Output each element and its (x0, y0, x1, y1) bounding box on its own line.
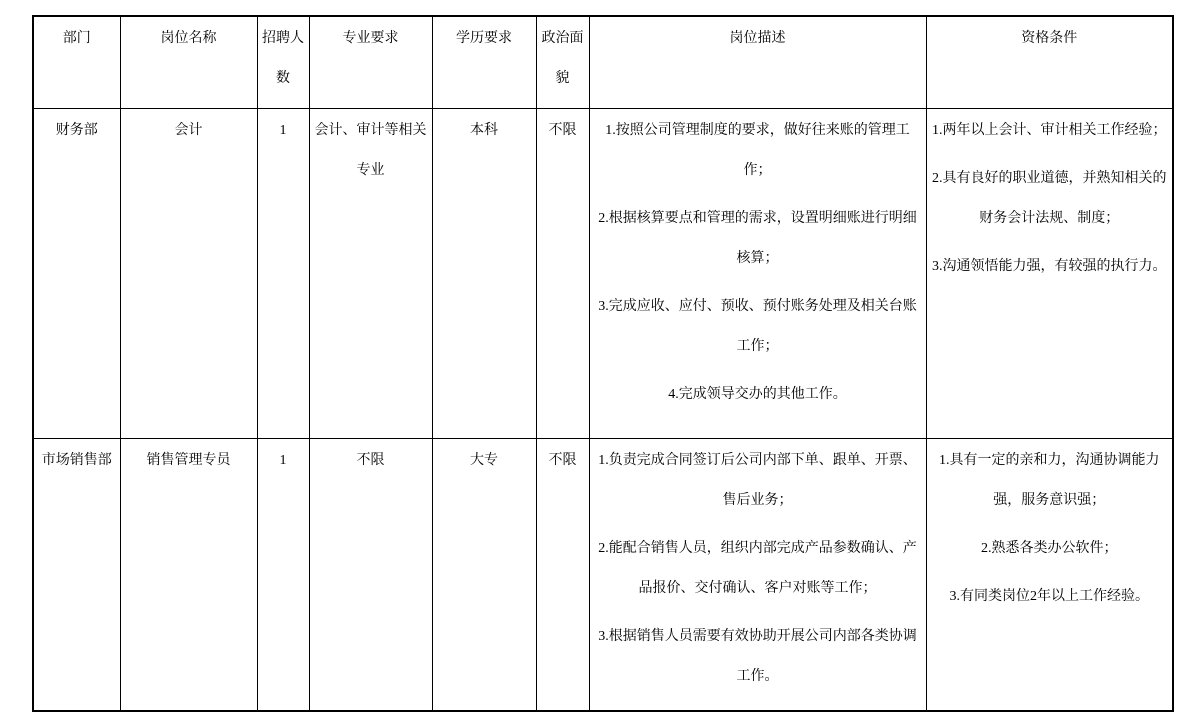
cell-job-description: 1.负责完成合同签订后公司内部下单、跟单、开票、售后业务； 2.能配合销售人员，… (589, 438, 926, 711)
cell-major: 会计、审计等相关专业 (309, 108, 432, 438)
cell-major: 不限 (309, 438, 432, 711)
description-item: 3.根据销售人员需要有效协助开展公司内部各类协调工作。 (592, 617, 924, 697)
cell-position: 销售管理专员 (120, 438, 257, 711)
cell-qualifications: 1.具有一定的亲和力，沟通协调能力强，服务意识强； 2.熟悉各类办公软件； 3.… (926, 438, 1173, 711)
header-political-status: 政治面貌 (536, 16, 589, 108)
cell-political-status: 不限 (536, 438, 589, 711)
qualification-item: 3.沟通领悟能力强，有较强的执行力。 (929, 247, 1171, 287)
description-item: 4.完成领导交办的其他工作。 (592, 375, 924, 415)
header-education: 学历要求 (432, 16, 536, 108)
qualification-item: 2.具有良好的职业道德，并熟知相关的财务会计法规、制度； (929, 159, 1171, 239)
qualification-item: 1.两年以上会计、审计相关工作经验； (929, 111, 1171, 151)
table-header-row: 部门 岗位名称 招聘人数 专业要求 学历要求 政治面貌 岗位描述 资格条件 (33, 16, 1173, 108)
cell-political-status: 不限 (536, 108, 589, 438)
description-item: 1.负责完成合同签订后公司内部下单、跟单、开票、售后业务； (592, 441, 924, 521)
description-item: 2.能配合销售人员，组织内部完成产品参数确认、产品报价、交付确认、客户对账等工作… (592, 529, 924, 609)
header-major: 专业要求 (309, 16, 432, 108)
qualification-item: 1.具有一定的亲和力，沟通协调能力强，服务意识强； (929, 441, 1171, 521)
header-job-description: 岗位描述 (589, 16, 926, 108)
cell-headcount: 1 (257, 438, 309, 711)
cell-job-description: 1.按照公司管理制度的要求，做好往来账的管理工作； 2.根据核算要点和管理的需求… (589, 108, 926, 438)
cell-department: 市场销售部 (33, 438, 120, 711)
document-page: 部门 岗位名称 招聘人数 专业要求 学历要求 政治面貌 岗位描述 资格条件 财务… (0, 0, 1194, 726)
header-headcount: 招聘人数 (257, 16, 309, 108)
recruitment-table: 部门 岗位名称 招聘人数 专业要求 学历要求 政治面貌 岗位描述 资格条件 财务… (32, 15, 1174, 712)
description-item: 2.根据核算要点和管理的需求，设置明细账进行明细核算； (592, 199, 924, 279)
header-department: 部门 (33, 16, 120, 108)
qualification-item: 3.有同类岗位2年以上工作经验。 (929, 577, 1171, 617)
description-item: 1.按照公司管理制度的要求，做好往来账的管理工作； (592, 111, 924, 191)
table-row: 市场销售部 销售管理专员 1 不限 大专 不限 1.负责完成合同签订后公司内部下… (33, 438, 1173, 711)
description-item: 3.完成应收、应付、预收、预付账务处理及相关台账工作； (592, 287, 924, 367)
cell-headcount: 1 (257, 108, 309, 438)
qualification-item: 2.熟悉各类办公软件； (929, 529, 1171, 569)
header-position: 岗位名称 (120, 16, 257, 108)
cell-qualifications: 1.两年以上会计、审计相关工作经验； 2.具有良好的职业道德，并熟知相关的财务会… (926, 108, 1173, 438)
cell-position: 会计 (120, 108, 257, 438)
cell-department: 财务部 (33, 108, 120, 438)
cell-education: 大专 (432, 438, 536, 711)
table-row: 财务部 会计 1 会计、审计等相关专业 本科 不限 1.按照公司管理制度的要求，… (33, 108, 1173, 438)
header-qualifications: 资格条件 (926, 16, 1173, 108)
cell-education: 本科 (432, 108, 536, 438)
